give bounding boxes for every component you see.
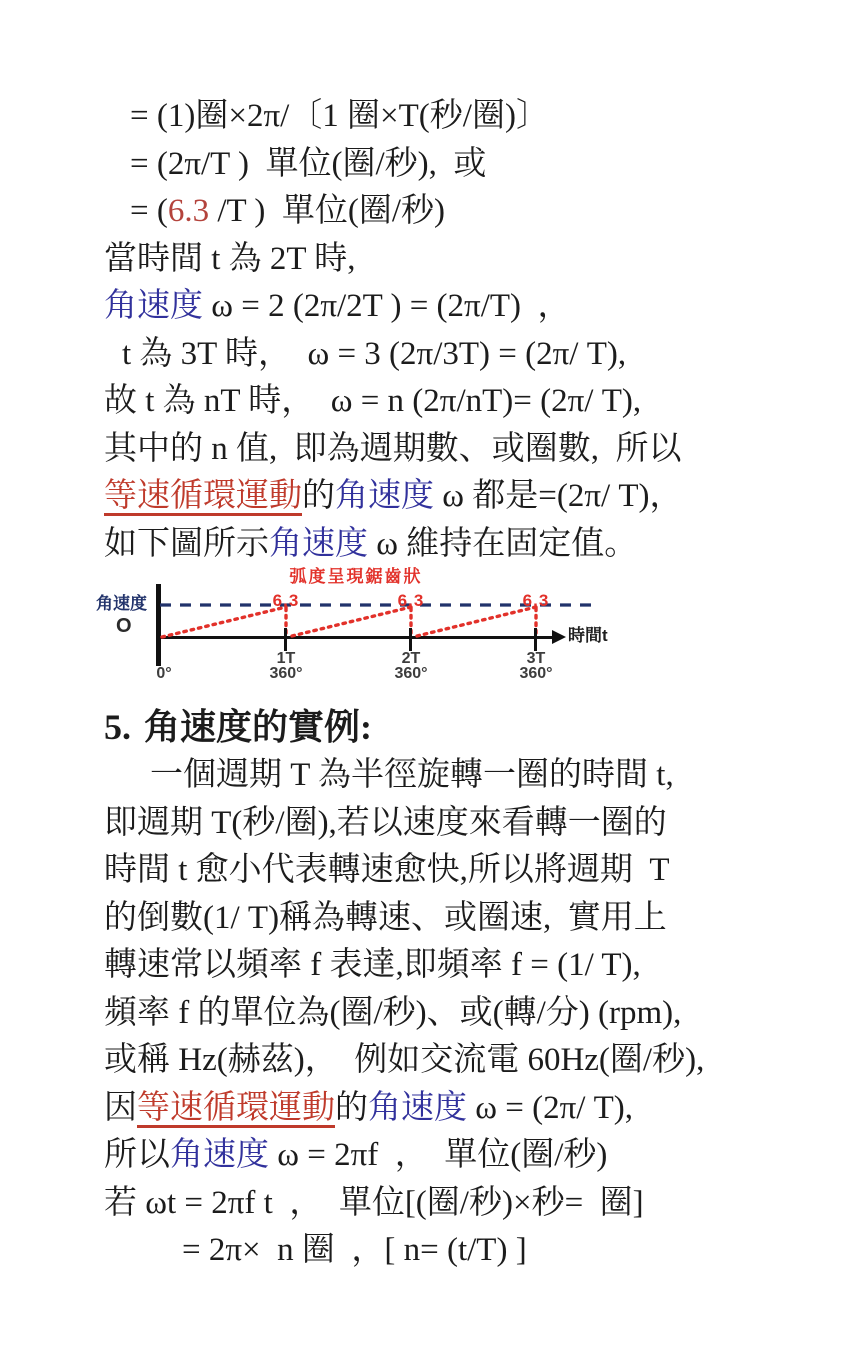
x-axis-label: 時間t [568, 627, 608, 645]
term-angular-velocity: 角速度 [368, 1090, 467, 1126]
text-segment: 或稱 Hz(赫茲)， 例如交流電 60Hz(圈/秒), [104, 1042, 704, 1078]
text-line: 所以角速度 ω = 2πf ， 單位(圈/秒) [104, 1132, 807, 1180]
peak-value: 6.3 [381, 592, 441, 610]
origin-tick-label: 0° [134, 666, 194, 681]
tick-period: 2T [371, 651, 451, 666]
tick-period: 3T [496, 651, 576, 666]
text-line: 等速循環運動的角速度 ω 都是=(2π/ T)， [104, 473, 807, 521]
x-tick-label: 3T 360° [496, 651, 576, 681]
text-line: 因等速循環運動的角速度 ω = (2π/ T), [104, 1085, 807, 1133]
equation-line: = 2π× n 圈 ，[ n= (t/T) ] [104, 1227, 807, 1275]
text-line: 轉速常以頻率 f 表達,即頻率 f = (1/ T), [104, 942, 807, 990]
text-segment: 若 ωt = 2πf t ， 單位[(圈/秒)×秒= 圈] [104, 1185, 644, 1221]
text-segment: 時間 t 愈小代表轉速愈快,所以將週期 T [104, 852, 670, 888]
text-segment: 如下圖所示 [104, 526, 269, 562]
angular-velocity-chart: 弧度呈現鋸齒狀 角速度 O 6.3 6.3 6.3 1T 360° 2T 360… [96, 568, 796, 698]
term-uniform-circular-motion: 等速循環運動 [137, 1090, 335, 1126]
text-line: 一個週期 T 為半徑旋轉一圈的時間 t, [104, 752, 807, 800]
text-segment: ω = 2 (2π/2T ) = (2π/T) ， [203, 288, 571, 324]
text-line: 的倒數(1/ T)稱為轉速、或圈速, 實用上 [104, 895, 807, 943]
term-uniform-circular-motion: 等速循環運動 [104, 478, 302, 514]
text-segment: t 為 3T 時， ω = 3 (2π/3T) = (2π/ T), [122, 336, 626, 372]
text-segment: 的倒數(1/ T)稱為轉速、或圈速, 實用上 [104, 900, 667, 936]
tick-3T [534, 628, 537, 651]
term-angular-velocity: 角速度 [335, 478, 434, 514]
text-segment: 故 t 為 nT 時， ω = n (2π/nT)= (2π/ T), [104, 383, 641, 419]
text-line: 頻率 f 的單位為(圈/秒)、或(轉/分) (rpm), [104, 990, 807, 1038]
text-line: 或稱 Hz(赫茲)， 例如交流電 60Hz(圈/秒), [104, 1037, 807, 1085]
term-angular-velocity: 角速度 [269, 526, 368, 562]
equation-line: = (2π/T ) 單位(圈/秒), 或 [104, 141, 807, 189]
text-segment: 其中的 n 值, 即為週期數、或圈數, 所以 [104, 431, 682, 467]
text-segment: 轉速常以頻率 f 表達,即頻率 f = (1/ T), [104, 947, 641, 983]
tick-degrees: 360° [371, 666, 451, 681]
text-segment: = (1)圈×2π/〔1 圈×T(秒/圈)〕 [130, 98, 549, 134]
text-segment: = ( [130, 193, 168, 229]
text-segment: 所以 [104, 1137, 170, 1173]
section-number: 5. [104, 702, 144, 752]
tick-2T [409, 628, 412, 651]
text-line: 其中的 n 值, 即為週期數、或圈數, 所以 [104, 426, 807, 474]
text-segment: ω = (2π/ T), [467, 1090, 633, 1126]
term-angular-velocity: 角速度 [170, 1137, 269, 1173]
text-line: 時間 t 愈小代表轉速愈快,所以將週期 T [104, 847, 807, 895]
section-heading: 5.角速度的實例: [104, 702, 807, 752]
text-segment: 因 [104, 1090, 137, 1126]
section-title: 角速度的實例: [144, 707, 372, 747]
tick-degrees: 360° [496, 666, 576, 681]
document-page: = (1)圈×2π/〔1 圈×T(秒/圈)〕 = (2π/T ) 單位(圈/秒)… [0, 0, 847, 1361]
text-segment: = 2π× n 圈 ，[ n= (t/T) ] [182, 1232, 527, 1268]
equation-line: = (1)圈×2π/〔1 圈×T(秒/圈)〕 [104, 93, 807, 141]
tick-degrees: 360° [246, 666, 326, 681]
tick-1T [284, 628, 287, 651]
text-segment: /T ) 單位(圈/秒) [209, 193, 445, 229]
text-line: 如下圖所示角速度 ω 維持在固定值。 [104, 521, 807, 569]
peak-value: 6.3 [256, 592, 316, 610]
text-line: 若 ωt = 2πf t ， 單位[(圈/秒)×秒= 圈] [104, 1180, 807, 1228]
text-segment: 的 [302, 478, 335, 514]
text-segment: 的 [335, 1090, 368, 1126]
tick-period: 1T [246, 651, 326, 666]
text-line: 故 t 為 nT 時， ω = n (2π/nT)= (2π/ T), [104, 378, 807, 426]
x-tick-label: 1T 360° [246, 651, 326, 681]
text-segment: 一個週期 T 為半徑旋轉一圈的時間 t, [150, 757, 674, 793]
x-tick-label: 2T 360° [371, 651, 451, 681]
text-line: 即週期 T(秒/圈),若以速度來看轉一圈的 [104, 800, 807, 848]
text-segment: ω 維持在固定值。 [368, 526, 637, 562]
text-segment: 頻率 f 的單位為(圈/秒)、或(轉/分) (rpm), [104, 995, 681, 1031]
text-segment: 即週期 T(秒/圈),若以速度來看轉一圈的 [104, 805, 667, 841]
equation-line: = (6.3 /T ) 單位(圈/秒) [104, 188, 807, 236]
term-angular-velocity: 角速度 [104, 288, 203, 324]
text-segment: = (2π/T ) 單位(圈/秒), 或 [130, 146, 486, 182]
text-line: 角速度 ω = 2 (2π/2T ) = (2π/T) ， [104, 283, 807, 331]
text-segment: 當時間 t 為 2T 時, [104, 241, 355, 277]
text-segment: ω 都是=(2π/ T)， [434, 478, 683, 514]
text-line: t 為 3T 時， ω = 3 (2π/3T) = (2π/ T), [104, 331, 807, 379]
text-line: 當時間 t 為 2T 時, [104, 236, 807, 284]
text-segment: ω = 2πf ， 單位(圈/秒) [269, 1137, 607, 1173]
value-red: 6.3 [168, 193, 209, 229]
peak-value: 6.3 [506, 592, 566, 610]
